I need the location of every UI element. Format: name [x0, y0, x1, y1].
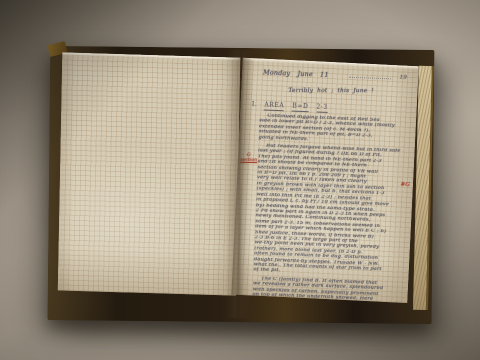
handwriting-layer: Monday June 11 19 Terribly hot ; this Ju… [233, 59, 418, 303]
left-page-blank-grid [58, 52, 241, 295]
section-heading: I.AREAB=D2-3 [252, 101, 336, 111]
section-title-grid: B=D [292, 103, 308, 113]
right-page-written: Monday June 11 19 Terribly hot ; this Ju… [231, 58, 418, 303]
red-inline-mark: #G [400, 182, 410, 188]
diary-date: Monday June 11 [263, 68, 329, 79]
handwriting-paragraph: Continued digging to the east of Red Sea… [258, 113, 411, 146]
section-numeral: I. [252, 101, 258, 108]
handwriting-paragraph: But readers forgave whend-wise but in th… [253, 143, 410, 278]
red-margin-note: G section [239, 153, 259, 163]
margin-note-line2: section [239, 158, 259, 163]
handwriting-body: Continued digging to the east of Red Sea… [251, 113, 411, 303]
date-dotted-rule [349, 77, 391, 80]
section-title-area: AREA [264, 101, 284, 111]
weather-note: Terribly hot ; this June ! [288, 88, 373, 94]
page-number: 19 [399, 75, 407, 81]
notebook: Monday June 11 19 Terribly hot ; this Ju… [55, 50, 428, 312]
section-title-square: 2-3 [316, 103, 328, 112]
photo-of-open-notebook: Monday June 11 19 Terribly hot ; this Ju… [0, 0, 480, 360]
